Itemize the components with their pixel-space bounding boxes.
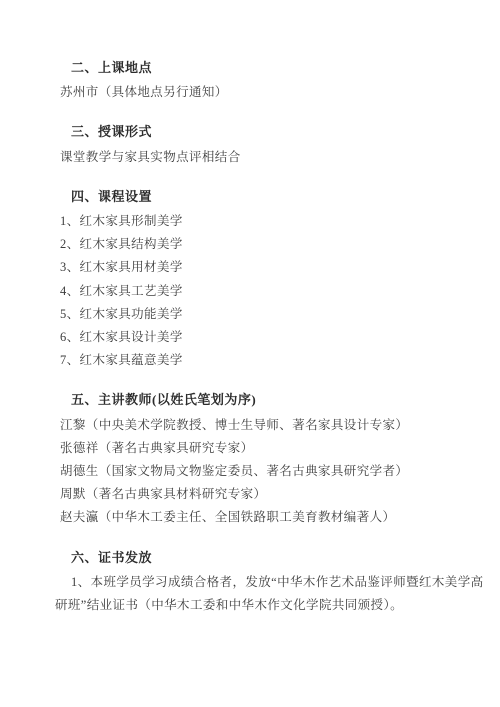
document-page: 二、上课地点 苏州市（具体地点另行通知） 三、授课形式 课堂教学与家具实物点评相… xyxy=(0,0,500,707)
certificate-paragraph-line-1: 1、本班学员学习成绩合格者，发放“中华木作艺术品鉴评师暨红木美学高 xyxy=(60,571,460,594)
lecturers-heading: 五、主讲教师(以姓氏笔划为序) xyxy=(60,388,460,411)
curriculum-heading: 四、课程设置 xyxy=(60,185,460,208)
lecturer-line-4: 周默（著名古典家具材料研究专家） xyxy=(60,483,460,506)
course-item-6: 6、红木家具设计美学 xyxy=(60,326,460,349)
course-item-7: 7、红木家具蕴意美学 xyxy=(60,349,460,372)
course-item-5: 5、红木家具功能美学 xyxy=(60,303,460,326)
course-item-2: 2、红木家具结构美学 xyxy=(60,233,460,256)
section-lecturers: 五、主讲教师(以姓氏笔划为序) 江黎（中央美术学院教授、博士生导师、著名家具设计… xyxy=(60,388,460,529)
teaching-format-heading: 三、授课形式 xyxy=(60,120,460,143)
section-class-location: 二、上课地点 苏州市（具体地点另行通知） xyxy=(60,56,460,104)
lecturer-line-1: 江黎（中央美术学院教授、博士生导师、著名家具设计专家） xyxy=(60,414,460,437)
section-certificate: 六、证书发放 1、本班学员学习成绩合格者，发放“中华木作艺术品鉴评师暨红木美学高… xyxy=(60,546,460,618)
class-location-heading: 二、上课地点 xyxy=(60,56,460,79)
section-teaching-format: 三、授课形式 课堂教学与家具实物点评相结合 xyxy=(60,120,460,168)
course-item-4: 4、红木家具工艺美学 xyxy=(60,280,460,303)
certificate-heading: 六、证书发放 xyxy=(60,546,460,569)
lecturer-line-5: 赵夫瀛（中华木工委主任、全国铁路职工美育教材编著人） xyxy=(60,506,460,529)
course-item-1: 1、红木家具形制美学 xyxy=(60,210,460,233)
lecturer-line-3: 胡德生（国家文物局文物鉴定委员、著名古典家具研究学者） xyxy=(60,460,460,483)
certificate-paragraph-line-2: 研班”结业证书（中华木工委和中华木作文化学院共同颁授）。 xyxy=(55,594,460,617)
class-location-line: 苏州市（具体地点另行通知） xyxy=(60,81,460,104)
course-item-3: 3、红木家具用材美学 xyxy=(60,256,460,279)
lecturer-line-2: 张德祥（著名古典家具研究专家） xyxy=(60,437,460,460)
section-curriculum: 四、课程设置 1、红木家具形制美学 2、红木家具结构美学 3、红木家具用材美学 … xyxy=(60,185,460,373)
teaching-format-line: 课堂教学与家具实物点评相结合 xyxy=(60,146,460,169)
